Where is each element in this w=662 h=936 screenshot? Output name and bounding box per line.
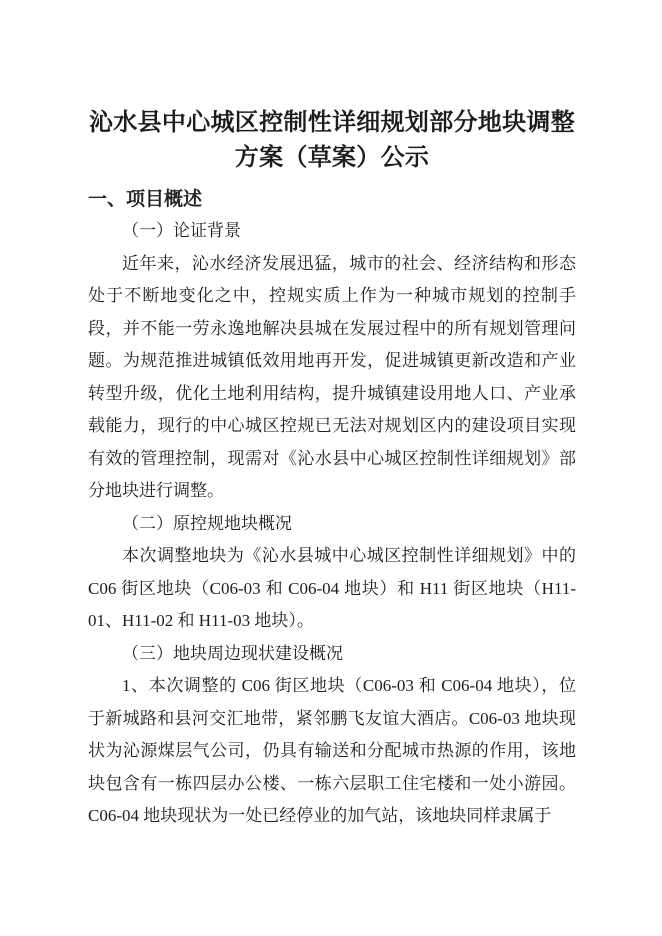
document-page: 沁水县中心城区控制性详细规划部分地块调整 方案（草案）公示 一、项目概述 （一）… <box>0 0 662 936</box>
subsection-heading-3: （三）地块周边现状建设概况 <box>88 638 576 671</box>
section-heading-project-overview: 一、项目概述 <box>88 184 576 215</box>
document-content: 沁水县中心城区控制性详细规划部分地块调整 方案（草案）公示 一、项目概述 （一）… <box>88 106 576 833</box>
body-paragraph-2: 本次调整地块为《沁水县城中心城区控制性详细规划》中的 C06 街区地块（C06-… <box>88 540 576 638</box>
body-paragraph-3: 1、本次调整的 C06 街区地块（C06-03 和 C06-04 地块），位于新… <box>88 670 576 833</box>
body-paragraph-1: 近年来，沁水经济发展迅猛，城市的社会、经济结构和形态处于不断地变化之中，控规实质… <box>88 248 576 508</box>
title-line-2: 方案（草案）公示 <box>88 141 576 176</box>
title-line-1: 沁水县中心城区控制性详细规划部分地块调整 <box>88 106 576 141</box>
document-title: 沁水县中心城区控制性详细规划部分地块调整 方案（草案）公示 <box>88 106 576 176</box>
subsection-heading-2: （二）原控规地块概况 <box>88 508 576 541</box>
subsection-heading-1: （一）论证背景 <box>88 215 576 248</box>
document-body: （一）论证背景 近年来，沁水经济发展迅猛，城市的社会、经济结构和形态处于不断地变… <box>88 215 576 833</box>
